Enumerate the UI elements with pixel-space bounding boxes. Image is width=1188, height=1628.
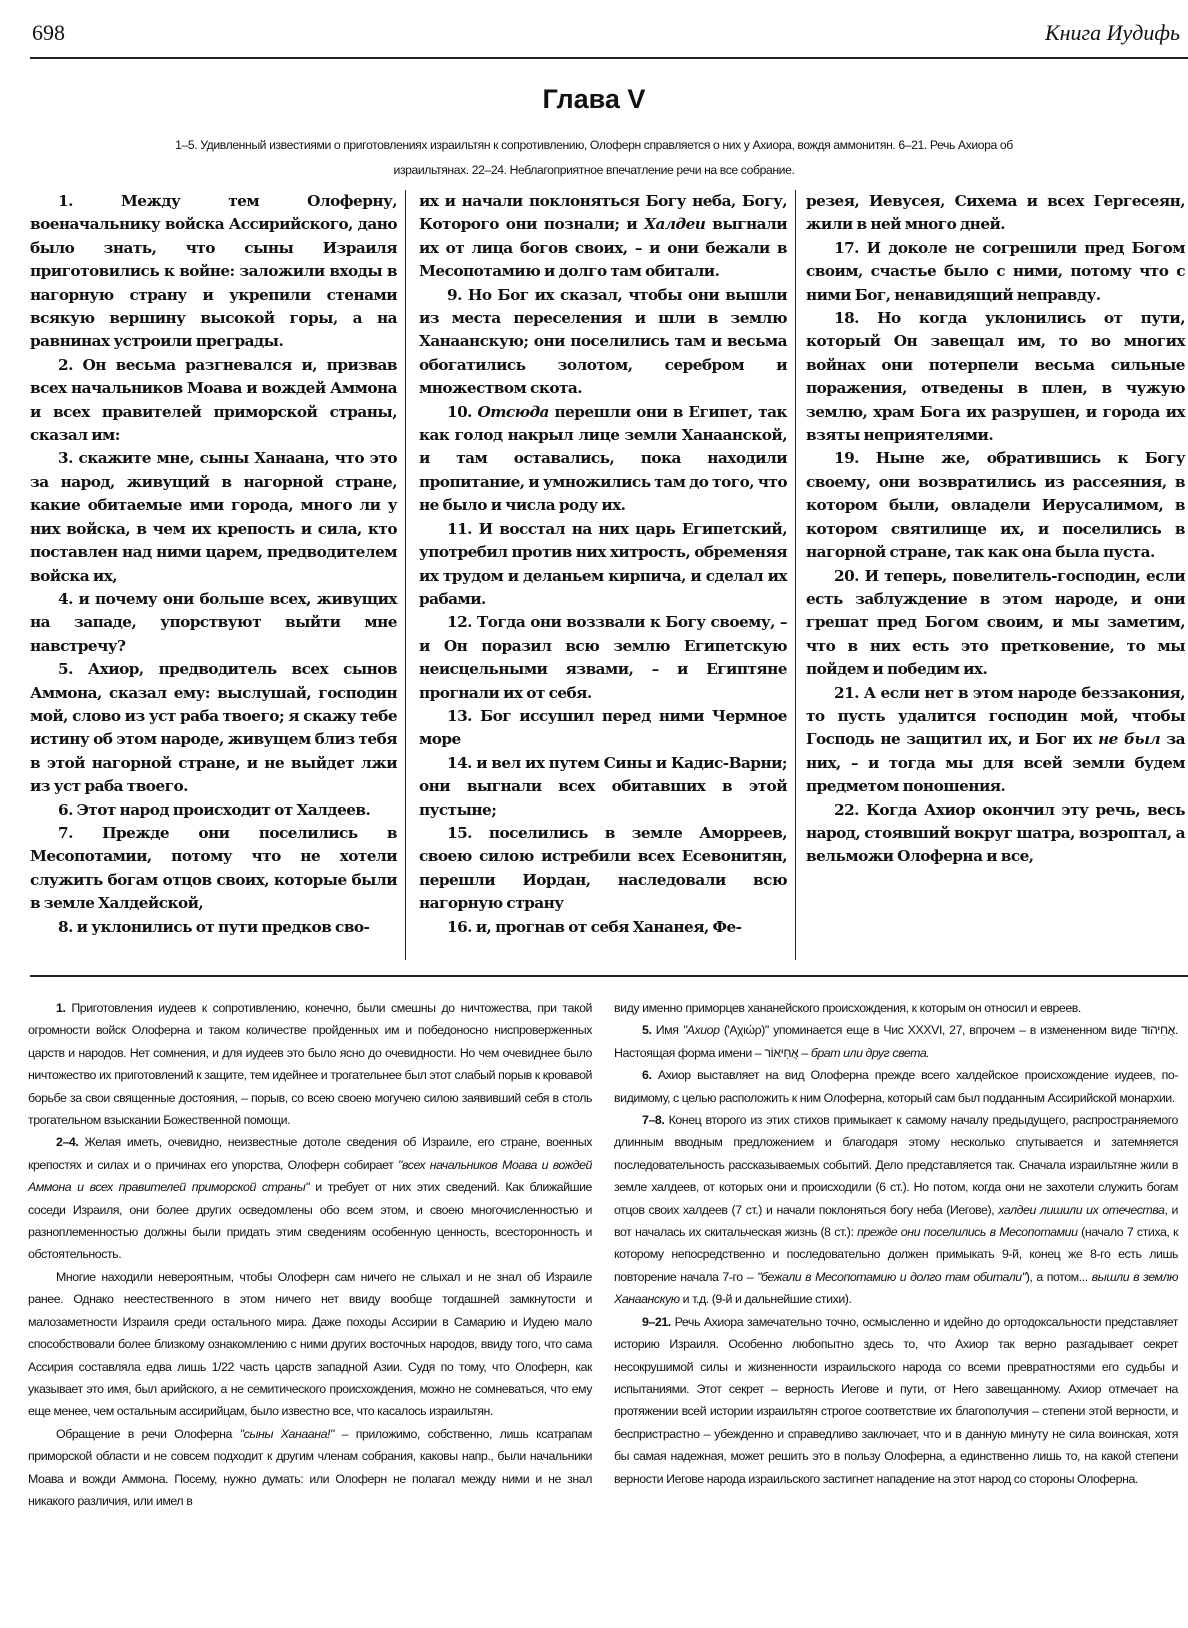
running-title: Книга Иудифь bbox=[1045, 20, 1180, 46]
verse-14: 14. и вел их путем Сины и Кадис-Варни; о… bbox=[419, 752, 787, 822]
note-2-4-para-3-cont: виду именно приморцев хананейского проис… bbox=[614, 997, 1178, 1019]
note-2-4-para-3: Обращение в речи Олоферна "сыны Ханаана!… bbox=[28, 1423, 592, 1513]
verse-21: 21. А если нет в этом народе беззакония,… bbox=[806, 682, 1185, 799]
note-number: 9–21. bbox=[642, 1315, 671, 1329]
verse-4: 4. и почему они больше всех, живущих на … bbox=[30, 588, 397, 658]
note-quote: "сыны Ханаана!" bbox=[240, 1427, 334, 1441]
verse-12: 12. Тогда они воззвали к Богу своему, – … bbox=[419, 611, 787, 705]
verse-17: 17. И доколе не согрешили пред Богом сво… bbox=[806, 237, 1185, 307]
verse-16-start: 16. и, прогнав от себя Хананея, Фе- bbox=[419, 916, 787, 939]
note-text: ), а потом... bbox=[1026, 1270, 1092, 1284]
note-text: и т.д. (9-й и дальнейшие стихи). bbox=[680, 1292, 852, 1306]
verse-13: 13. Бог иссушил перед ними Чермное море bbox=[419, 705, 787, 752]
note-greek: ('Αχιώρ)" bbox=[720, 1023, 769, 1037]
note-text: Конец второго из этих стихов примыкает к… bbox=[614, 1113, 1178, 1217]
verse-italic: Халдеи bbox=[644, 215, 705, 233]
verse-column-2: их и начали поклоняться Богу неба, Богу,… bbox=[405, 190, 795, 960]
note-quote: брат или друг света. bbox=[811, 1046, 929, 1060]
chapter-title: Глава V bbox=[0, 84, 1188, 115]
verse-9: 9. Но Бог их сказал, чтобы они вышли из … bbox=[419, 284, 787, 401]
note-quote: "Ахиор bbox=[683, 1023, 720, 1037]
note-number: 7–8. bbox=[642, 1113, 664, 1127]
verse-columns: 1. Между тем Олоферну, военачальнику вой… bbox=[30, 190, 1185, 960]
note-number: 2–4. bbox=[56, 1135, 78, 1149]
note-quote: прежде они поселились в Месопотамии bbox=[857, 1225, 1077, 1239]
verse-number: 10. bbox=[447, 403, 478, 421]
note-text: Имя bbox=[651, 1023, 682, 1037]
note-quote: халдеи лишили их отечества bbox=[998, 1203, 1164, 1217]
verse-11: 11. И восстал на них царь Египетский, уп… bbox=[419, 518, 787, 612]
verse-italic: Отсюда bbox=[478, 403, 549, 421]
note-2-4-para-2: Многие находили невероятным, чтобы Олофе… bbox=[28, 1266, 592, 1423]
note-5: 5. Имя "Ахиор ('Αχιώρ)" упоминается еще … bbox=[614, 1019, 1178, 1064]
note-text: Приготовления иудеев к сопротивлению, ко… bbox=[28, 1001, 592, 1127]
verse-2: 2. Он весьма разгневался и, призвав всех… bbox=[30, 354, 397, 448]
verse-18: 18. Но когда уклонились от пути, который… bbox=[806, 307, 1185, 447]
note-quote: "бежали в Месопотамию и долго там обитал… bbox=[757, 1270, 1026, 1284]
note-1: 1. Приготовления иудеев к сопротивлению,… bbox=[28, 997, 592, 1131]
note-text: Ахиор выставляет на вид Олоферна прежде … bbox=[614, 1068, 1178, 1104]
verse-6: 6. Этот народ происходит от Халдеев. bbox=[30, 799, 397, 822]
header-divider bbox=[30, 57, 1188, 59]
verse-3: 3. скажите мне, сыны Ханаана, что это за… bbox=[30, 447, 397, 587]
commentary: 1. Приготовления иудеев к сопротивлению,… bbox=[28, 997, 1178, 1512]
verse-1: 1. Между тем Олоферну, военачальнику вой… bbox=[30, 190, 397, 354]
note-text: Обращение в речи Олоферна bbox=[56, 1427, 240, 1441]
verse-5: 5. Ахиор, предводитель всех сынов Аммона… bbox=[30, 658, 397, 798]
note-text: Речь Ахиора замечательно точно, осмыслен… bbox=[614, 1315, 1178, 1486]
verse-italic: не был bbox=[1098, 730, 1160, 748]
verse-column-1: 1. Между тем Олоферну, военачальнику вой… bbox=[30, 190, 405, 960]
page-number: 698 bbox=[32, 20, 65, 46]
verse-22-start: 22. Когда Ахиор окончил эту речь, весь н… bbox=[806, 799, 1185, 869]
commentary-divider bbox=[30, 975, 1188, 977]
commentary-column-1: 1. Приготовления иудеев к сопротивлению,… bbox=[28, 997, 592, 1512]
commentary-column-2: виду именно приморцев хананейского проис… bbox=[614, 997, 1178, 1512]
verse-15: 15. поселились в земле Аморреев, своею с… bbox=[419, 822, 787, 916]
chapter-summary: 1–5. Удивленный известиями о приготовлен… bbox=[150, 133, 1038, 183]
verse-10: 10. Отсюда перешли они в Египет, так как… bbox=[419, 401, 787, 518]
verse-column-3: резея, Иевусея, Сихема и всех Гергесеян,… bbox=[795, 190, 1185, 960]
note-2-4: 2–4. Желая иметь, очевидно, неизвестные … bbox=[28, 1131, 592, 1265]
verse-8-start: 8. и уклонились от пути предков сво- bbox=[30, 916, 397, 939]
note-7-8: 7–8. Конец второго из этих стихов примык… bbox=[614, 1109, 1178, 1311]
verse-16-end: резея, Иевусея, Сихема и всех Гергесеян,… bbox=[806, 190, 1185, 237]
note-6: 6. Ахиор выставляет на вид Олоферна преж… bbox=[614, 1064, 1178, 1109]
verse-7: 7. Прежде они поселились в Месопотамии, … bbox=[30, 822, 397, 916]
verse-8-end: их и начали поклоняться Богу неба, Богу,… bbox=[419, 190, 787, 284]
verse-20: 20. И теперь, повелитель-господин, если … bbox=[806, 565, 1185, 682]
note-9-21: 9–21. Речь Ахиора замечательно точно, ос… bbox=[614, 1311, 1178, 1490]
verse-19: 19. Ныне же, обратившись к Богу своему, … bbox=[806, 447, 1185, 564]
